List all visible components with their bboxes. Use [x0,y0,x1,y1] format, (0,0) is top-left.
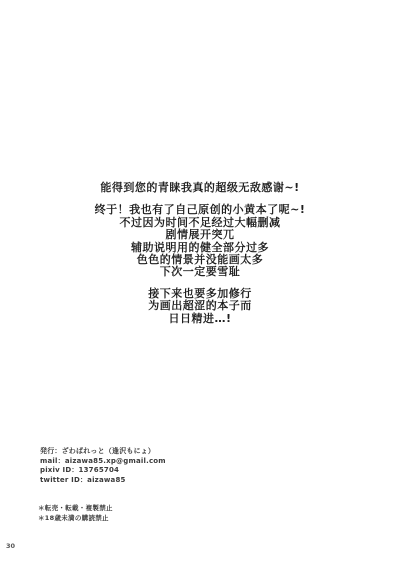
age-restriction-notice: ＊18歳未満の購読禁止 [38,513,113,523]
afterword-paragraph-3: 接下来也要多加修行 为画出超涩的本子而 日日精进…! [0,288,400,325]
publisher-line: 発行：ざわぱれっと（逢沢もにょ） [40,447,166,457]
doujinshi-afterword-page: 能得到您的青睐我真的超级无敌感谢~! 终于！我也有了自己原创的小黄本了呢~! 不… [0,0,400,565]
afterword-line: 下次一定要雪耻 [0,266,400,278]
afterword-line: 剧情展开突兀 [0,229,400,241]
afterword-line: 终于！我也有了自己原创的小黄本了呢~! [0,204,400,216]
afterword-line: 为画出超涩的本子而 [0,300,400,312]
no-resale-notice: ＊転売・転載・複製禁止 [38,503,113,513]
page-number: 30 [6,542,15,550]
afterword-paragraph-2: 终于！我也有了自己原创的小黄本了呢~! 不过因为时间不足经过大幅删减 剧情展开突… [0,204,400,278]
pixiv-id-line: pixiv ID：13765704 [40,466,166,476]
twitter-id-line: twitter ID：aizawa85 [40,476,166,486]
notices-block: ＊転売・転載・複製禁止 ＊18歳未満の購読禁止 [38,503,113,523]
afterword-text-block: 能得到您的青睐我真的超级无敌感谢~! 终于！我也有了自己原创的小黄本了呢~! 不… [0,182,400,325]
mail-line: mail：aizawa85.xp@gmail.com [40,457,166,467]
credits-block: 発行：ざわぱれっと（逢沢もにょ） mail：aizawa85.xp@gmail.… [40,447,166,485]
afterword-line: 日日精进…! [0,313,400,325]
afterword-paragraph-1: 能得到您的青睐我真的超级无敌感谢~! [0,182,400,194]
afterword-line: 能得到您的青睐我真的超级无敌感谢~! [0,182,400,194]
